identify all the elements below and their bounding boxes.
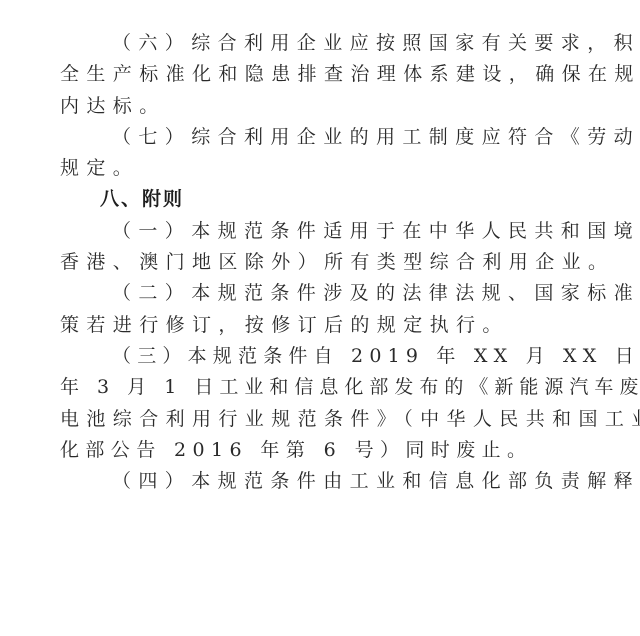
text-line: （六）综合利用企业应按照国家有关要求，积极开展安 — [60, 28, 580, 59]
paragraph-section-8-item-1: （一）本规范条件适用于在中华人民共和国境内（台湾、 香港、澳门地区除外）所有类型… — [60, 216, 580, 279]
section-heading: 八、附则 — [60, 184, 580, 215]
text-line: 全生产标准化和隐患排查治理体系建设，确保在规定的期限 — [60, 59, 580, 90]
section-heading-appendix: 八、附则 — [60, 184, 580, 215]
text-line: 化部公告 2016 年第 6 号）同时废止。 — [60, 435, 580, 466]
text-line: 策若进行修订，按修订后的规定执行。 — [60, 310, 580, 341]
text-line: （七）综合利用企业的用工制度应符合《劳动合同法》 — [60, 122, 580, 153]
text-line: 电池综合利用行业规范条件》（中华人民共和国工业和信息 — [60, 404, 580, 435]
text-line: （二）本规范条件涉及的法律法规、国家标准和行业政 — [60, 278, 580, 309]
text-line: 内达标。 — [60, 91, 580, 122]
document-page: （六）综合利用企业应按照国家有关要求，积极开展安 全生产标准化和隐患排查治理体系… — [60, 28, 580, 497]
text-line: 香港、澳门地区除外）所有类型综合利用企业。 — [60, 247, 580, 278]
text-line: 年 3 月 1 日工业和信息化部发布的《新能源汽车废旧动力蓄 — [60, 372, 580, 403]
paragraph-item-7: （七）综合利用企业的用工制度应符合《劳动合同法》 规定。 — [60, 122, 580, 185]
paragraph-section-8-item-2: （二）本规范条件涉及的法律法规、国家标准和行业政 策若进行修订，按修订后的规定执… — [60, 278, 580, 341]
text-line: （三）本规范条件自 2019 年 XX 月 XX 日起施行，2016 — [60, 341, 580, 372]
text-line: （一）本规范条件适用于在中华人民共和国境内（台湾、 — [60, 216, 580, 247]
text-line: （四）本规范条件由工业和信息化部负责解释。 — [60, 466, 580, 497]
paragraph-section-8-item-4: （四）本规范条件由工业和信息化部负责解释。 — [60, 466, 580, 497]
text-line: 规定。 — [60, 153, 580, 184]
paragraph-item-6: （六）综合利用企业应按照国家有关要求，积极开展安 全生产标准化和隐患排查治理体系… — [60, 28, 580, 122]
paragraph-section-8-item-3: （三）本规范条件自 2019 年 XX 月 XX 日起施行，2016 年 3 月… — [60, 341, 580, 466]
